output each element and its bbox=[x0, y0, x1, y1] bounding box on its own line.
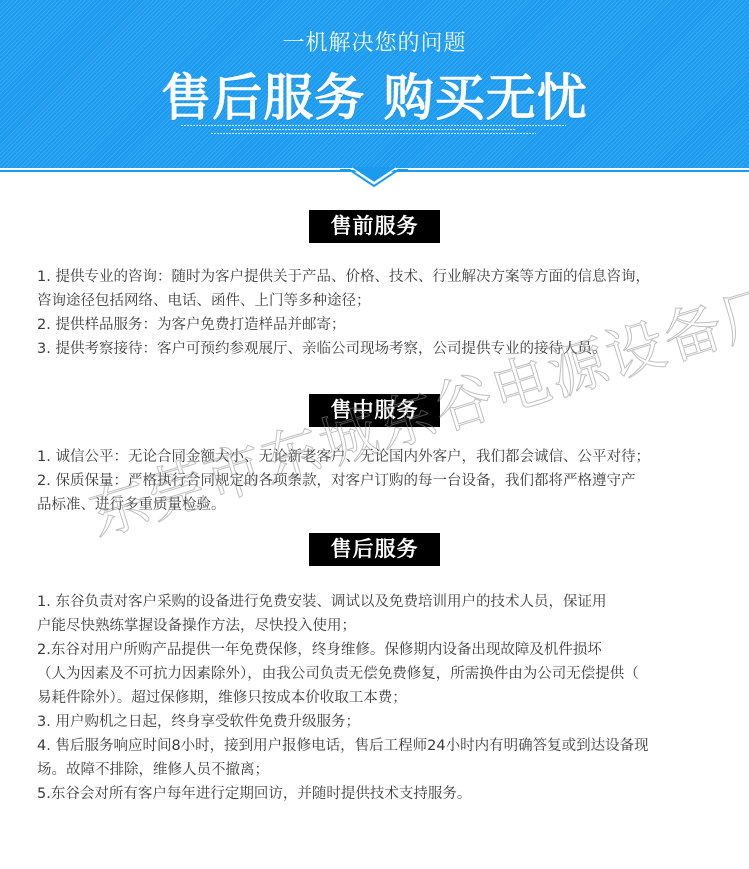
text-line: 场。故障不排除，维修人员不撤离； bbox=[37, 758, 717, 782]
section-heading-in-sale: 售中服务 bbox=[309, 394, 440, 427]
text-line: 5.东谷会对所有客户每年进行定期回访，并随时提供技术支持服务。 bbox=[37, 782, 717, 806]
text-line: 户能尽快熟练掌握设备操作方法，尽快投入使用； bbox=[37, 614, 717, 638]
text-line: 2. 提供样品服务：为客户免费打造样品并邮寄； bbox=[37, 313, 717, 337]
text-line: 3. 提供考察接待：客户可预约参观展厅、亲临公司现场考察，公司提供专业的接待人员… bbox=[37, 337, 717, 361]
text-line: 1. 东谷负责对客户采购的设备进行免费安装、调试以及免费培训用户的技术人员，保证… bbox=[37, 590, 717, 614]
text-line: 4. 售后服务响应时间8小时，接到用户报修电话，售后工程师24小时内有明确答复或… bbox=[37, 734, 717, 758]
section-body-in-sale: 1. 诚信公平：无论合同金额大小、无论新老客户、无论国内外客户，我们都会诚信、公… bbox=[37, 445, 717, 517]
text-line: 2.东谷对用户所购产品提供一年免费保修，终身维修。保修期内设备出现故障及机件损坏 bbox=[37, 638, 717, 662]
banner-underline bbox=[0, 170, 749, 172]
hero-banner: 一机解决您的问题 售后服务 购买无忧 bbox=[0, 0, 749, 168]
text-line: 2. 保质保量：严格执行合同规定的各项条款，对客户订购的每一台设备，我们都将严格… bbox=[37, 469, 717, 493]
text-line: 3. 用户购机之日起，终身享受软件免费升级服务； bbox=[37, 710, 717, 734]
section-heading-pre-sale: 售前服务 bbox=[309, 210, 440, 243]
banner-title: 售后服务 购买无忧 bbox=[0, 58, 749, 130]
section-body-pre-sale: 1. 提供专业的咨询：随时为客户提供关于产品、价格、技术、行业解决方案等方面的信… bbox=[37, 265, 717, 361]
banner-subtitle: 一机解决您的问题 bbox=[0, 26, 749, 57]
section-body-after-sale: 1. 东谷负责对客户采购的设备进行免费安装、调试以及免费培训用户的技术人员，保证… bbox=[37, 590, 717, 806]
text-line: 1. 诚信公平：无论合同金额大小、无论新老客户、无论国内外客户，我们都会诚信、公… bbox=[37, 445, 717, 469]
text-line: 易耗件除外）。超过保修期，维修只按成本价收取工本费； bbox=[37, 686, 717, 710]
section-heading-after-sale: 售后服务 bbox=[309, 533, 440, 566]
text-line: 咨询途径包括网络、电话、函件、上门等多种途径； bbox=[37, 289, 717, 313]
text-line: （人为因素及不可抗力因素除外），由我公司负责无偿免费修复，所需换件由为公司无偿提… bbox=[37, 662, 717, 686]
dotted-rule bbox=[231, 129, 516, 130]
dotted-rule bbox=[211, 133, 536, 134]
decorative-dotted-rules bbox=[181, 124, 566, 136]
text-line: 品标准、进行多重质量检验。 bbox=[37, 493, 717, 517]
text-line: 1. 提供专业的咨询：随时为客户提供关于产品、价格、技术、行业解决方案等方面的信… bbox=[37, 265, 717, 289]
dotted-rule bbox=[181, 125, 566, 126]
